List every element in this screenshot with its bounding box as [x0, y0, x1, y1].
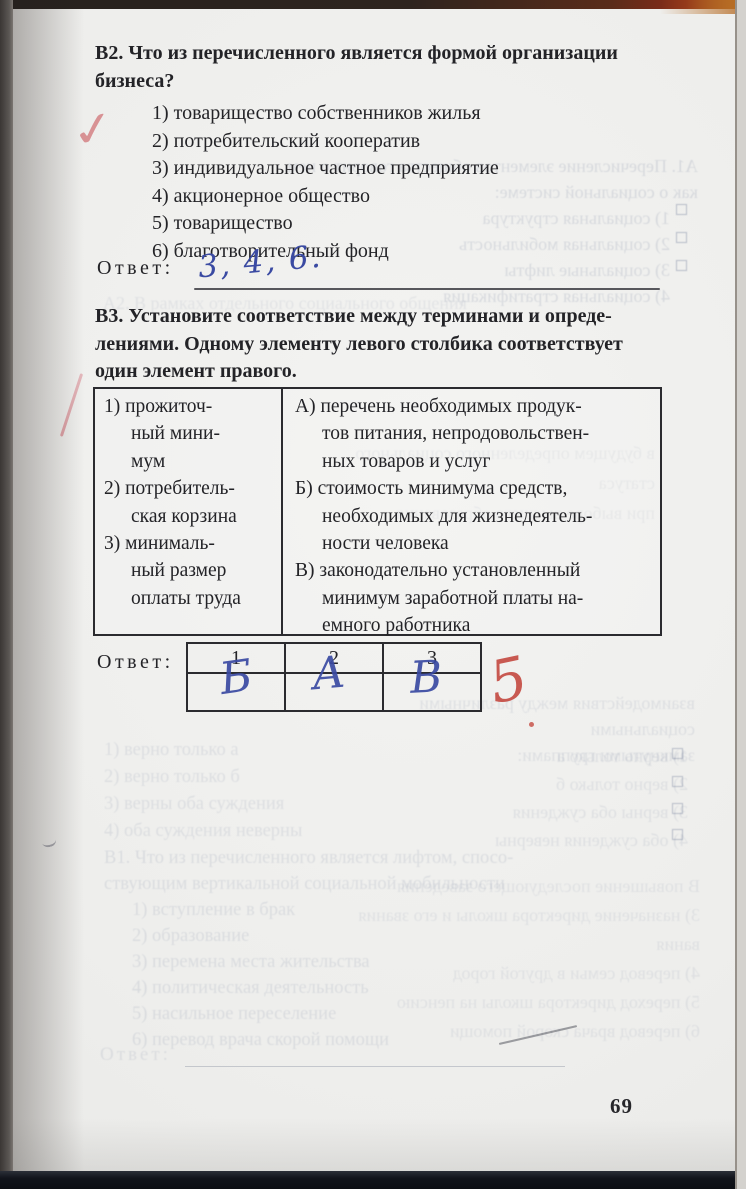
matching-table-definitions: А) перечень необходимых продук- тов пита…: [283, 389, 660, 634]
bottom-shade: [12, 1118, 737, 1172]
answer-b3-label: Ответ:: [97, 651, 174, 674]
question-b3-label: В3.: [95, 305, 123, 327]
grade-mark-dot: [529, 722, 534, 727]
question-b2: В2. Что из перечисленного является формо…: [95, 40, 695, 95]
question-b3: В3. Установите соответствие между термин…: [95, 303, 707, 386]
page-number: 69: [610, 1094, 633, 1119]
answer-b3-handwriting-2: А: [310, 647, 348, 701]
scanned-test-page: А1. Перечисление элементов общества гово…: [0, 0, 746, 1189]
definition-a: А) перечень необходимых продук- тов пита…: [295, 393, 654, 475]
definition-v: В) законодательно установленный минимум …: [295, 557, 654, 639]
option-b2-5: 5) товарищество: [152, 210, 499, 238]
matching-table-terms: 1) прожиточ- ный мини- мум 2) потребител…: [95, 389, 283, 634]
question-b2-label: В2.: [95, 42, 123, 64]
answer-b2-label: Ответ:: [97, 257, 174, 280]
bleedthrough-checkbox: [676, 260, 687, 271]
bleedthrough-checkbox: [672, 748, 683, 759]
answer-b3-handwriting-1: Б: [217, 650, 256, 705]
question-b3-text: Установите соответствие между терминами …: [95, 305, 623, 382]
question-b2-text: Что из перечисленного является формой ор…: [95, 42, 618, 92]
bleedthrough-line: 3) верны оба суждения: [358, 798, 688, 826]
bleedthrough-checkbox: [672, 829, 683, 840]
bleedthrough-block-b1-mirrored: В повышение последующего заведения3) наз…: [300, 872, 700, 1046]
term-1: 1) прожиточ- ный мини- мум: [104, 393, 276, 475]
bleedthrough-line: 5) переход директора школы на пенсию: [300, 988, 700, 1017]
bleedthrough-checkbox: [672, 803, 683, 814]
bleedthrough-line: вания: [300, 930, 700, 959]
option-b2-2: 2) потребительский кооператив: [152, 128, 499, 156]
scan-edge-top: [0, 0, 746, 9]
answer-b3-handwriting-3: В: [409, 651, 444, 704]
bleedthrough-line: 2) верно только б: [358, 770, 688, 798]
question-b2-options: 1) товарищество собственников жилья 2) п…: [152, 100, 499, 266]
option-b2-3: 3) индивидуальное частное предприятие: [152, 155, 499, 183]
scan-corner-top-right: [660, 0, 746, 14]
bleedthrough-line: 4) перевод семьи в другой город: [300, 959, 700, 988]
scan-edge-bottom: [0, 1171, 746, 1189]
matching-table: 1) прожиточ- ный мини- мум 2) потребител…: [93, 387, 662, 636]
bleedthrough-checkbox: [676, 232, 687, 243]
scan-edge-right: [735, 0, 746, 1189]
definition-b: Б) стоимость минимума средств, необходим…: [295, 475, 654, 557]
bleedthrough-answer-line: [185, 1066, 565, 1067]
bleedthrough-checkbox: [672, 776, 683, 787]
bleedthrough-line: 1) верно только а: [358, 742, 688, 770]
binding-shadow: [12, 8, 84, 1172]
bleedthrough-line: В1. Что из перечисленного является лифто…: [104, 845, 534, 871]
bleedthrough-checkbox: [676, 204, 687, 215]
answer-b2-line: [194, 288, 660, 290]
bleedthrough-line: В повышение последующего заведения: [300, 872, 700, 901]
bleedthrough-answer-label: Ответ:: [100, 1044, 171, 1066]
term-3: 3) минималь- ный размер оплаты труда: [104, 530, 276, 612]
scan-edge-left: [0, 0, 13, 1189]
term-2: 2) потребитель- ская корзина: [104, 475, 276, 530]
option-b2-1: 1) товарищество собственников жилья: [152, 100, 499, 128]
bleedthrough-line: 3) назначение директора школы и его зван…: [300, 901, 700, 930]
option-b2-4: 4) акционерное общество: [152, 183, 499, 211]
bleedthrough-block-a4-mirrored: 1) верно только а2) верно только б3) вер…: [358, 742, 688, 854]
